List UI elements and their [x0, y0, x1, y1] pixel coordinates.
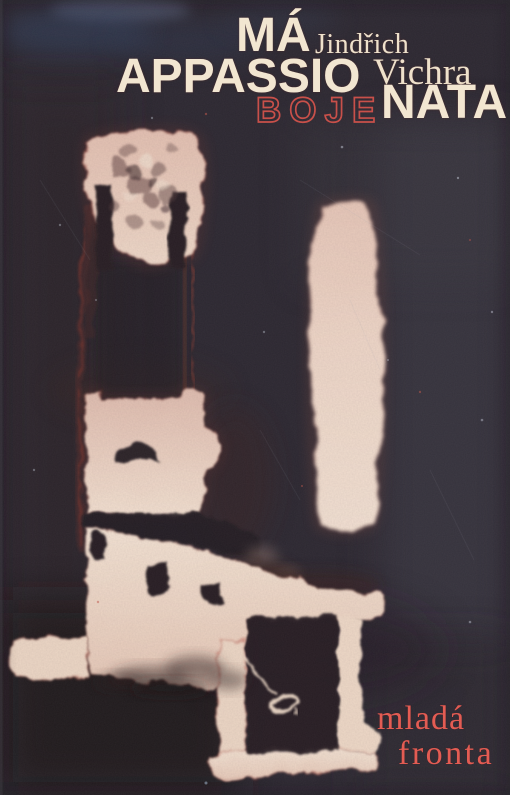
- publisher-name-line1: mladá: [377, 702, 465, 736]
- title-word-nata: NATA: [381, 79, 507, 127]
- book-cover: MÁ Jindřich APPASSIO Vichra BOJE NATA ml…: [0, 0, 510, 795]
- publisher-name-line2: fronta: [398, 737, 494, 771]
- boje-outline-text: BOJE: [256, 91, 383, 130]
